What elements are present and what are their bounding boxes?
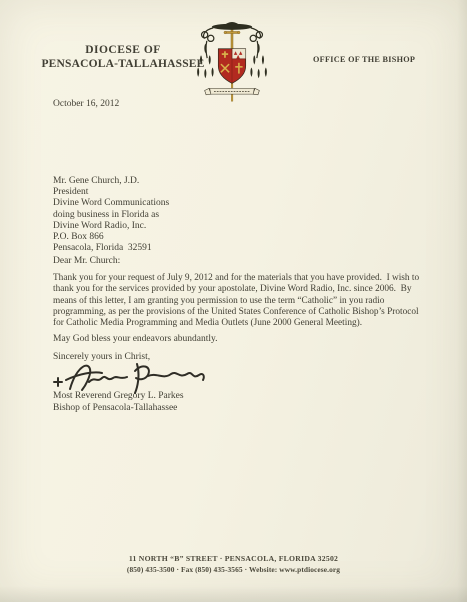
footer-address: 11 NORTH “B” STREET · PENSACOLA, FLORIDA… [0,554,467,563]
recipient-line: P.O. Box 866 [53,232,169,243]
scan-edge-shadow-bottom [0,586,467,602]
diocese-line2: PENSACOLA-TALLAHASSEE [30,58,216,70]
salutation: Dear Mr. Church: [53,256,120,266]
recipient-line: doing business in Florida as [53,210,169,221]
signer-name: Most Reverend Gregory L. Parkes [53,391,184,401]
body-paragraph-1: Thank you for your request of July 9, 20… [53,273,427,329]
letterhead-diocese: DIOCESE OF PENSACOLA-TALLAHASSEE [30,44,216,70]
body-paragraph-2: May God bless your endeavors abundantly. [53,334,218,344]
scan-edge-shadow-right [457,0,467,602]
signer-title: Bishop of Pensacola-Tallahassee [53,403,177,413]
recipient-line: President [53,187,169,198]
letterhead-footer: 11 NORTH “B” STREET · PENSACOLA, FLORIDA… [0,554,467,574]
letter-page: DIOCESE OF PENSACOLA-TALLAHASSEE OFFICE … [0,0,467,602]
office-of-the-bishop-label: OFFICE OF THE BISHOP [313,55,415,64]
recipient-line: Pensacola, Florida 32591 [53,243,169,254]
episcopal-crest-icon [196,17,268,105]
recipient-line: Mr. Gene Church, J.D. [53,176,169,187]
recipient-line: Divine Word Radio, Inc. [53,221,169,232]
recipient-address-block: Mr. Gene Church, J.D. President Divine W… [53,176,169,254]
diocese-line1: DIOCESE OF [30,44,216,56]
footer-contact: (850) 435-3500 · Fax (850) 435-3565 · We… [0,565,467,574]
recipient-line: Divine Word Communications [53,198,169,209]
letter-date: October 16, 2012 [53,99,119,109]
